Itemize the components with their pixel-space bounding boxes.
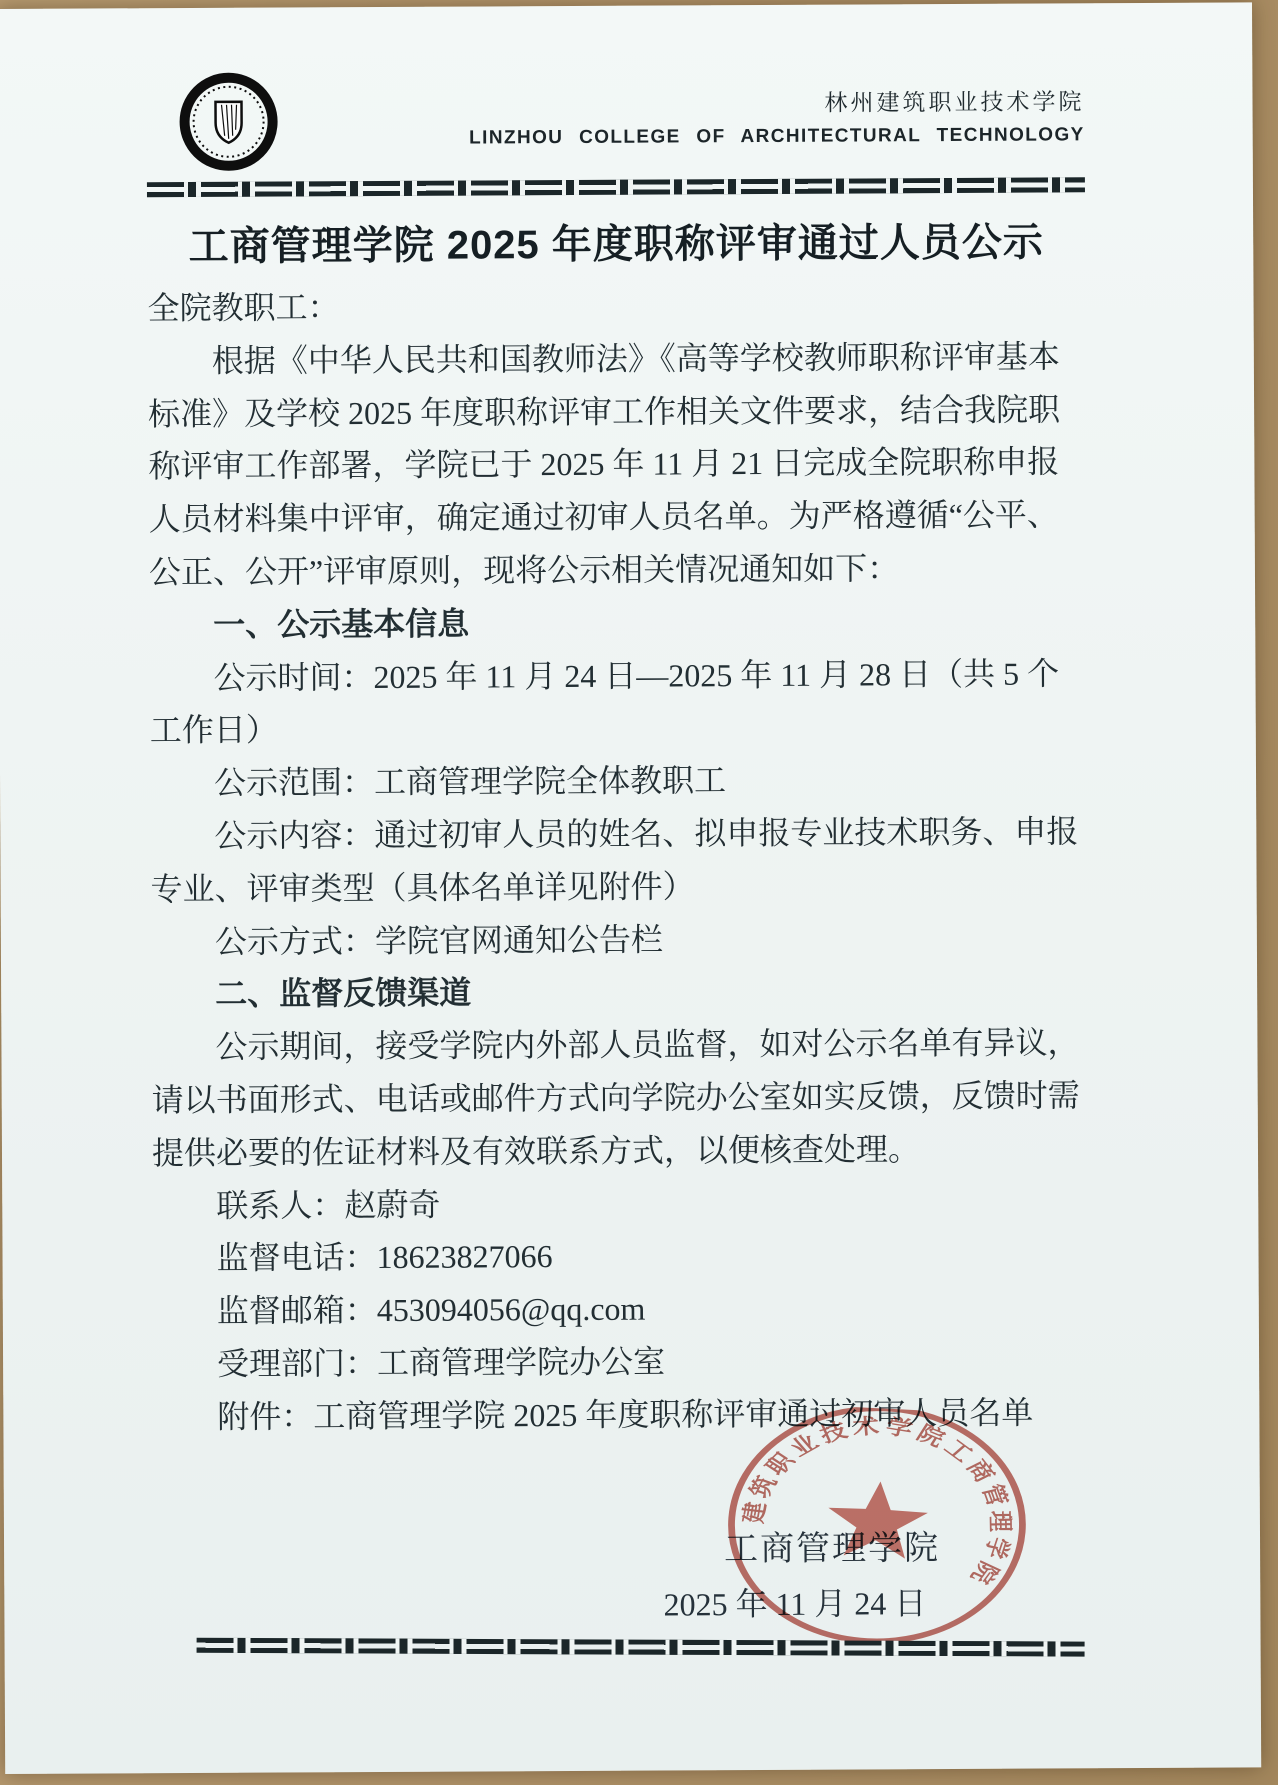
intro-paragraph: 根据《中华人民共和国教师法》《高等学校教师职称评审基本标准》及学校 2025 年…: [148, 330, 1087, 599]
school-name-block: 林州建筑职业技术学院 LINZHOU COLLEGE OF ARCHITECTU…: [469, 85, 1085, 153]
svg-text:林州建筑职业技术学院工商管理学院: 林州建筑职业技术学院工商管理学院: [706, 1400, 1026, 1591]
photo-background: 林州建筑职业技术学院 LINZHOU COLLEGE OF ARCHITECTU…: [0, 0, 1278, 1785]
supervision-phone: 监督电话：18623827066: [152, 1228, 1090, 1286]
seal-ring-text: 林州建筑职业技术学院工商管理学院: [706, 1400, 1026, 1591]
supervision-email: 监督邮箱：453094056@qq.com: [153, 1280, 1091, 1338]
publicity-content: 公示内容：通过初审人员的姓名、拟申报专业技术职务、申报专业、评审类型（具体名单详…: [150, 805, 1089, 916]
section-2-heading: 二、监督反馈渠道: [151, 964, 1089, 1022]
supervision-paragraph: 公示期间，接受学院内外部人员监督，如对公示名单有异议，请以书面形式、电话或邮件方…: [151, 1016, 1090, 1179]
document-title: 工商管理学院 2025 年度职称评审通过人员公示: [147, 210, 1085, 272]
signature-block: 工商管理学院 2025 年 11 月 24 日 林州建筑职业技术学院工商管理学院: [154, 1467, 1094, 1777]
seal-star-icon: [825, 1478, 931, 1559]
publicity-scope: 公示范围：工商管理学院全体教职工: [150, 752, 1088, 810]
publicity-time: 公示时间：2025 年 11 月 24 日—2025 年 11 月 28 日（共…: [149, 647, 1088, 758]
college-emblem-icon: [178, 72, 279, 173]
document-paper: 林州建筑职业技术学院 LINZHOU COLLEGE OF ARCHITECTU…: [0, 2, 1261, 1774]
section-1-heading: 一、公示基本信息: [149, 594, 1087, 652]
salutation: 全院教职工：: [147, 277, 1085, 335]
school-name-en: LINZHOU COLLEGE OF ARCHITECTURAL TECHNOL…: [469, 120, 1085, 153]
document-body: 全院教职工： 根据《中华人民共和国教师法》《高等学校教师职称评审基本标准》及学校…: [147, 277, 1091, 1443]
letterhead: 林州建筑职业技术学院 LINZHOU COLLEGE OF ARCHITECTU…: [146, 65, 1085, 174]
contact-person: 联系人：赵蔚奇: [152, 1175, 1090, 1233]
publicity-method: 公示方式：学院官网通知公告栏: [151, 911, 1089, 969]
official-seal-icon: 林州建筑职业技术学院工商管理学院: [706, 1400, 1046, 1672]
handling-department: 受理部门：工商管理学院办公室: [153, 1333, 1091, 1391]
top-border-ornament: [147, 177, 1085, 197]
school-name-cn: 林州建筑职业技术学院: [469, 85, 1085, 124]
